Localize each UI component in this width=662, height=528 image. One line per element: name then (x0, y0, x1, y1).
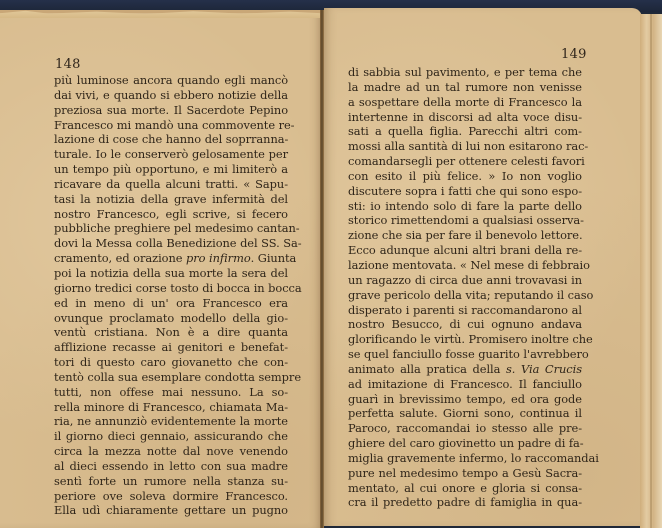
text-line: lazione di cose che hanno del soprranna- (54, 132, 288, 147)
text-segment: . Giunta (251, 251, 297, 265)
text-line: preziosa sua morte. Il Sacerdote Pepino (54, 103, 288, 118)
text-line: glorificando le virtù. Promisero inoltre… (348, 332, 582, 347)
text-line: mentato, al cui onore e gloria si consa- (348, 481, 582, 496)
text-line: nostro Besucco, di cui ognuno andava (348, 317, 582, 332)
text-line: Ella udì chiaramente gettare un pugno (54, 503, 288, 518)
right-page-number: 149 (561, 47, 587, 62)
text-line: ricavare da quella alcuni tratti. « Sapu… (54, 177, 288, 192)
text-line: ventù cristiana. Non è a dire quanta (54, 325, 288, 340)
text-line: ad imitazione di Francesco. Il fanciullo (348, 377, 582, 392)
text-line: al dieci essendo in letto con sua madre (54, 459, 288, 474)
text-line: con esito il più felice. » Io non voglio (348, 169, 582, 184)
text-line: tasi la notizia della grave infermità de… (54, 192, 288, 207)
text-line: guarì in brevissimo tempo, ed ora gode (348, 392, 582, 407)
text-line: storico rimettendomi a qualsiasi osserva… (348, 213, 582, 228)
text-line: tori di questo caro giovanetto che con- (54, 355, 288, 370)
left-page-text: più luminose ancora quando egli mancò da… (54, 73, 288, 518)
text-line: afflizione recasse ai genitori e benefat… (54, 340, 288, 355)
text-line: più luminose ancora quando egli mancò (54, 73, 288, 88)
text-line: sentì forte un rumore nella stanza su- (54, 474, 288, 489)
text-line: mossi alla santità di lui non esitarono … (348, 139, 582, 154)
text-line: pubbliche preghiere pel medesimo cantan- (54, 221, 288, 236)
text-line: nostro Francesco, egli scrive, si fecero (54, 207, 288, 222)
text-line: dai vivi, e quando si ebbero notizie del… (54, 88, 288, 103)
text-line: giorno tredici corse tosto di bocca in b… (54, 281, 288, 296)
text-line: cra il predetto padre di famiglia in qua… (348, 495, 582, 510)
text-line: lazione mentovata. « Nel mese di febbrai… (348, 258, 582, 273)
text-line-with-italic: animato alla pratica della s. Via Crucis (348, 362, 582, 377)
text-line: ovunque proclamato modello della gio- (54, 311, 288, 326)
text-line: ria, ne annunziò evidentemente la morte (54, 414, 288, 429)
text-line: se quel fanciullo fosse guarito l'avrebb… (348, 347, 582, 362)
text-line: grave pericolo della vita; reputando il … (348, 288, 582, 303)
text-line: poi la notizia della sua morte la sera d… (54, 266, 288, 281)
text-line: turale. Io le conserverò gelosamente per (54, 147, 288, 162)
text-segment: animato alla pratica della (348, 362, 506, 376)
text-line: rella minore di Francesco, chiamata Ma- (54, 400, 288, 415)
text-line: il giorno dieci gennaio, assicurando che (54, 429, 288, 444)
text-line: un ragazzo di circa due anni trovavasi i… (348, 273, 582, 288)
text-line: pure nel medesimo tempo a Gesù Sacra- (348, 466, 582, 481)
right-page-text: di sabbia sul pavimento, e per tema che … (348, 65, 582, 510)
text-line: sati a quella figlia. Parecchi altri com… (348, 124, 582, 139)
text-line: perfetta salute. Giorni sono, continua i… (348, 406, 582, 421)
text-line: ghiere del caro giovinetto un padre di f… (348, 436, 582, 451)
text-line: dovi la Messa colla Benedizione del SS. … (54, 236, 288, 251)
page-edges (640, 14, 662, 528)
text-segment: cramento, ed orazione (54, 251, 186, 265)
text-line: a sospettare della morte di Francesco la (348, 95, 582, 110)
text-line-with-italic: cramento, ed orazione pro infirmo. Giunt… (54, 251, 288, 266)
text-line: circa la mezza notte dal nove venendo (54, 444, 288, 459)
left-page-number: 148 (55, 57, 81, 72)
text-line: discutere sopra i fatti che qui sono esp… (348, 184, 582, 199)
text-line: comandarsegli per ottenere celesti favor… (348, 154, 582, 169)
italic-phrase: pro infirmo (186, 251, 251, 265)
text-line: zione che sia per fare il benevolo letto… (348, 228, 582, 243)
book-spread: 148 più luminose ancora quando egli manc… (0, 0, 662, 528)
text-line: la madre ad un tal rumore non venisse (348, 80, 582, 95)
text-line: Paroco, raccomandai io stesso alle pre- (348, 421, 582, 436)
text-line: di sabbia sul pavimento, e per tema che (348, 65, 582, 80)
text-line: sti: io intendo solo di fare la parte de… (348, 199, 582, 214)
text-line: tutti, non offese mai nessuno. La so- (54, 385, 288, 400)
text-line: intertenne in discorsi ad alta voce disu… (348, 110, 582, 125)
text-line: Francesco mi mandò una commovente re- (54, 118, 288, 133)
text-line: ed in meno di un' ora Francesco era (54, 296, 288, 311)
text-line: Ecco adunque alcuni altri brani della re… (348, 243, 582, 258)
text-line: miglia gravemente infermo, lo raccomanda… (348, 451, 582, 466)
text-line: periore ove soleva dormire Francesco. (54, 489, 288, 504)
text-line: un tempo più opportuno, e mi limiterò a (54, 162, 288, 177)
text-line: tentò colla sua esemplare condotta sempr… (54, 370, 288, 385)
text-line: disperato i parenti si raccomandarono al (348, 303, 582, 318)
italic-phrase: s. Via Crucis (506, 362, 582, 376)
